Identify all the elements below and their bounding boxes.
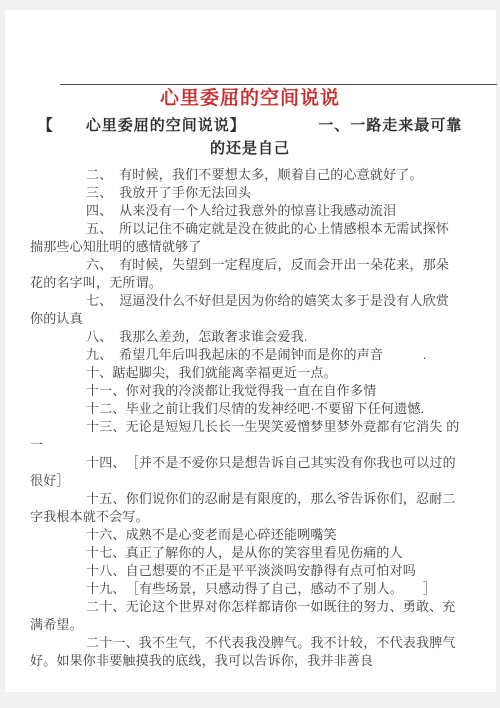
- list-item: 二十一、我不生气，不代表我没脾气。我不计较，不代表我脾气好。如果你非要触摸我的底…: [30, 634, 462, 670]
- quote-list: 二、 有时候，我们不要想太多，顺着自己的心意就好了。 三、 我放开了手你无法回头…: [30, 166, 462, 670]
- top-divider: [60, 84, 497, 85]
- document-header: 【 心里委屈的空间说说】 一、一路走来最可靠的还是自己: [30, 114, 470, 160]
- list-item: 四、 从来没有一个人给过我意外的惊喜让我感动流泪: [30, 202, 462, 220]
- list-item: 八、 我那么差劲，怎敢奢求谁会爱我.: [30, 328, 462, 346]
- list-item: 十七、真正了解你的人，是从你的笑容里看见伤痛的人: [30, 544, 462, 562]
- list-item: 十八、自己想要的不正是平平淡淡吗安静得有点可怕对吗: [30, 562, 462, 580]
- list-item: 十六、成熟不是心变老而是心碎还能咧嘴笑: [30, 526, 462, 544]
- list-item: 十四、 ［并不是不爱你只是想告诉自己其实没有你我也可以过的很好］: [30, 454, 462, 490]
- list-item: 十三、无论是短短几长长一生哭笑爱憎梦里梦外竟都有它消失 的一: [30, 418, 462, 454]
- page-title: 心里委屈的空间说说: [0, 86, 500, 112]
- scan-edge-top: [0, 0, 500, 10]
- list-item: 十、踮起脚尖，我们就能离幸福更近一点。: [30, 364, 462, 382]
- list-item: 十一、你对我的冷淡都让我觉得我一直在自作多情: [30, 382, 462, 400]
- list-item: 十二、毕业之前让我们尽情的发神经吧·不要留下任何遗憾.: [30, 400, 462, 418]
- list-item: 二十、无论这个世界对你怎样都请你一如既往的努力、勇敢、充满希望。: [30, 598, 462, 634]
- list-item: 七、 逗逼没什么不好但是因为你给的嬉笑太多于是没有人欣赏你的认真: [30, 292, 462, 328]
- list-item: 十九、 ［有些场景，只感动得了自己，感动不了别人。 ］: [30, 580, 462, 598]
- list-item: 六、 有时候，失望到一定程度后，反而会开出一朵花来，那朵花的名字叫，无所谓。: [30, 256, 462, 292]
- list-item: 五、 所以记住不确定就是没在彼此的心上情感根本无需试探怀揣那些心知肚明的感情就够…: [30, 220, 462, 256]
- scan-edge-bottom: [0, 692, 500, 708]
- list-item: 十五、你们说你们的忍耐是有限度的，那么爷告诉你们，忍耐二字我根本就不会写。: [30, 490, 462, 526]
- list-item: 三、 我放开了手你无法回头: [30, 184, 462, 202]
- document-page: 心里委屈的空间说说 【 心里委屈的空间说说】 一、一路走来最可靠的还是自己 二、…: [0, 0, 500, 708]
- list-item: 九、 希望几年后叫我起床的不是闹钟而是你的声音 .: [30, 346, 462, 364]
- list-item: 二、 有时候，我们不要想太多，顺着自己的心意就好了。: [30, 166, 462, 184]
